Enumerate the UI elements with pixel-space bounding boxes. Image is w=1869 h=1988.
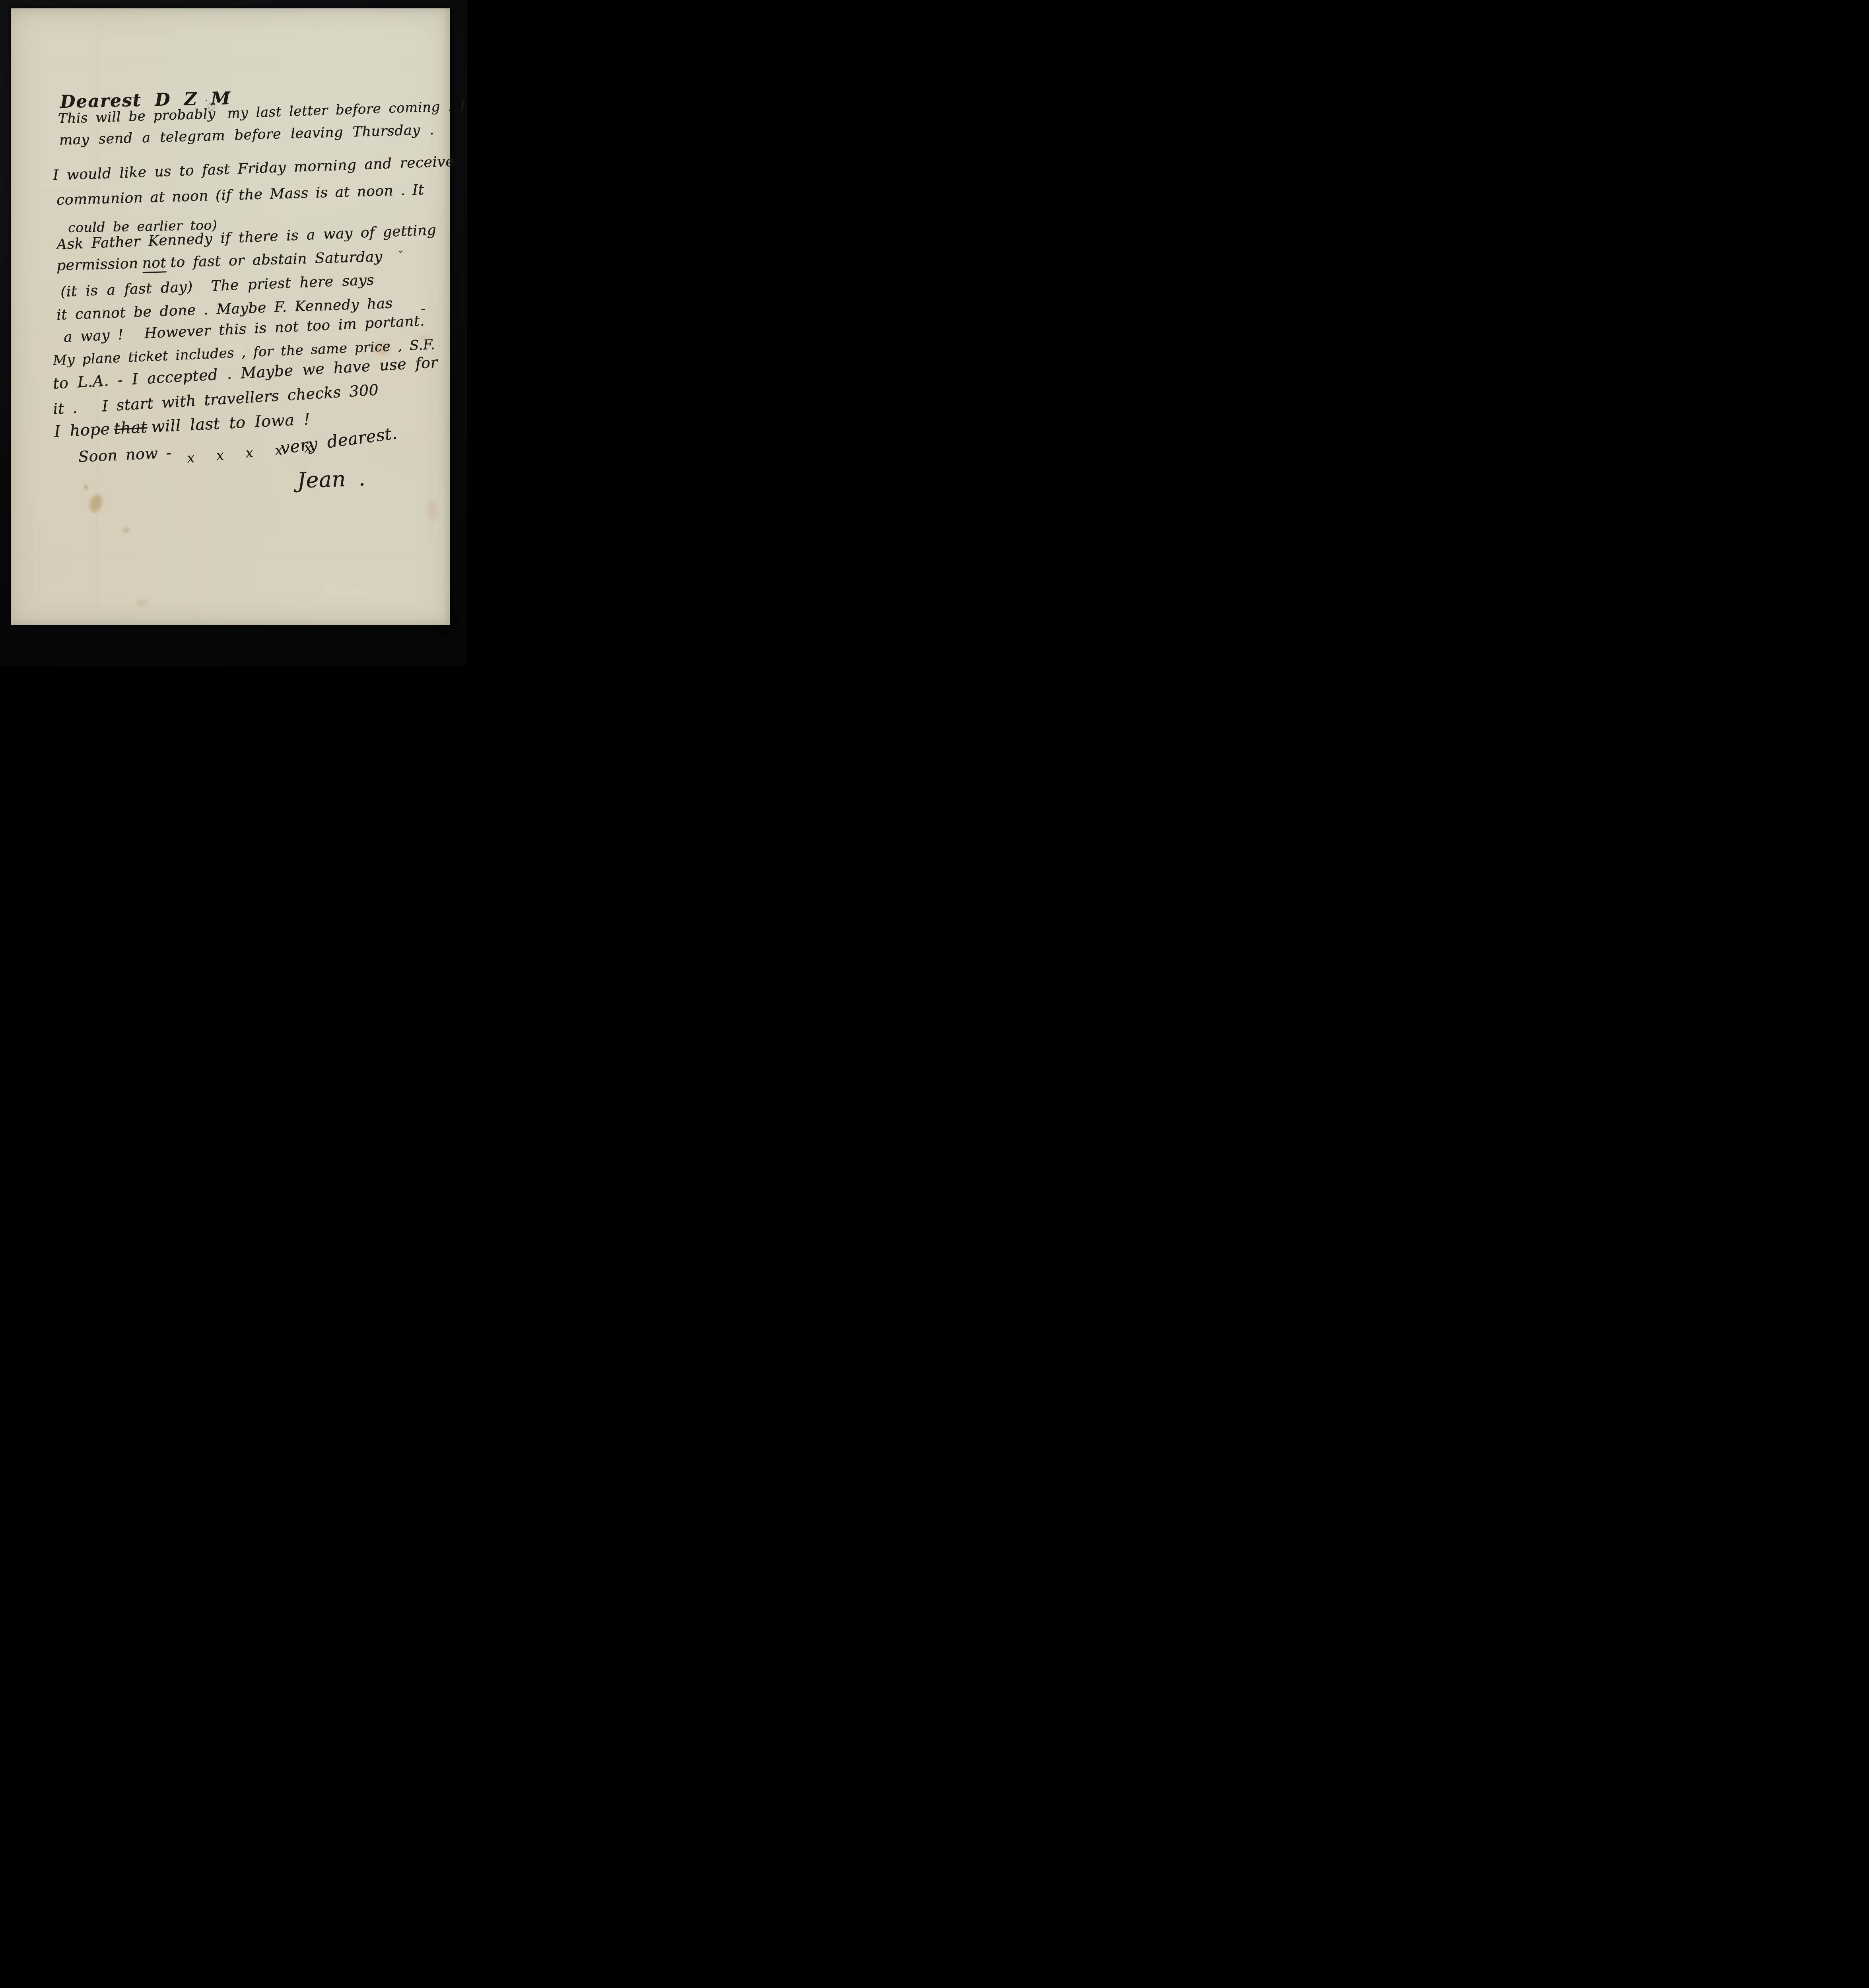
stain (427, 500, 437, 521)
letter-page: Dearest D Z M · · ♡ This will be probabl… (11, 8, 450, 625)
line-text: my last letter before coming . I (227, 98, 466, 122)
saturday-accent-mark: ˇ (397, 250, 403, 261)
photo-background: Dearest D Z M · · ♡ This will be probabl… (0, 0, 467, 666)
fold-crease-horizontal-bottom (11, 555, 450, 556)
line-text: to fast or abstain Saturday (170, 248, 383, 271)
fold-crease-horizontal-top (11, 64, 450, 65)
line-text: (it is a fast day) (60, 279, 193, 300)
line-fast-day: (it is a fast day)The priest here says (60, 272, 374, 300)
stain (84, 485, 88, 490)
line-text: will last to Iowa ! (151, 410, 311, 437)
line-text: a way ! (63, 326, 124, 346)
line-text: The priest here says (211, 272, 375, 295)
struck-word: that (113, 418, 148, 438)
line-may-send: may send a telegram before leaving Thurs… (59, 122, 434, 148)
line-communion: communion at noon (if the Mass is at noo… (56, 182, 424, 208)
stain (138, 599, 146, 606)
line-text: permission (56, 255, 138, 274)
line-text: it . (52, 399, 78, 418)
line-text: I hope (54, 420, 111, 441)
stain (123, 527, 129, 533)
signature: Jean . (297, 466, 366, 493)
line-i-would: I would like us to fast Friday morning a… (52, 153, 454, 184)
stain (87, 493, 105, 514)
line-permission: permissionnotto fast or abstain Saturday (56, 248, 383, 274)
underlined-word: not (142, 254, 167, 273)
closing-soon-now: Soon now - (78, 444, 172, 466)
